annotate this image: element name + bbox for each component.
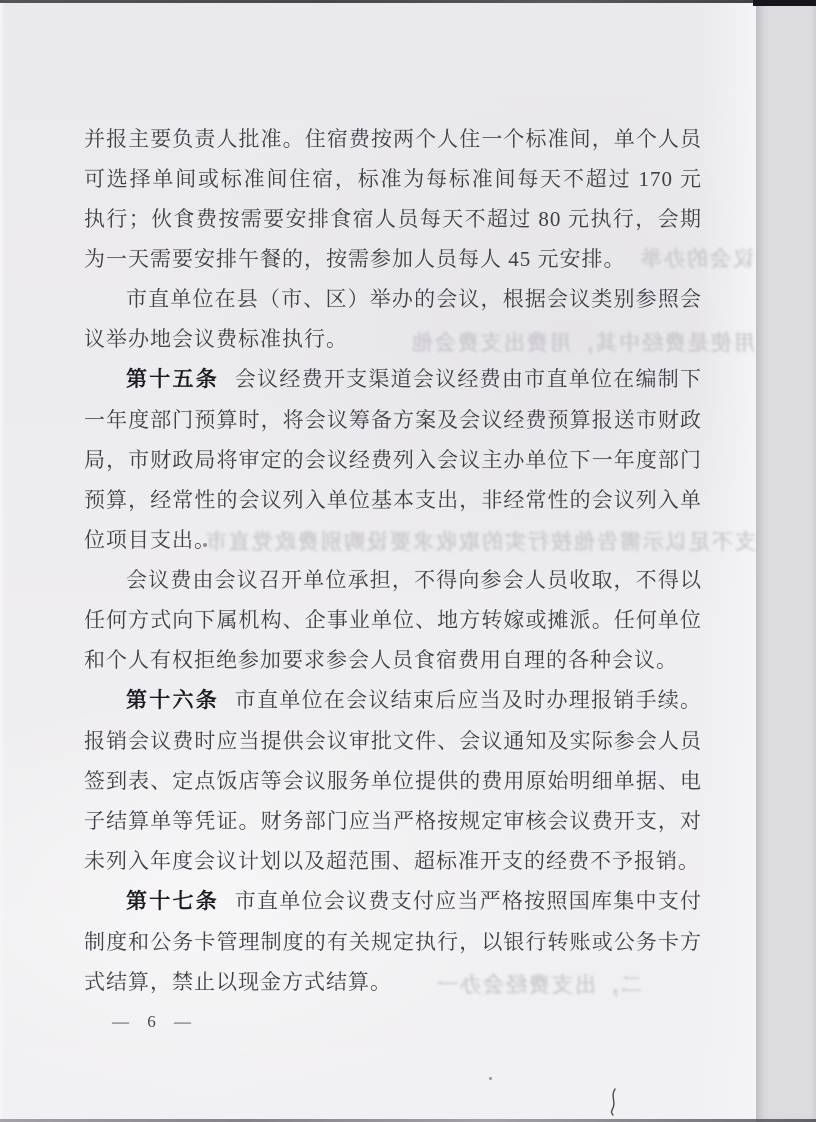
scanner-background-strip — [756, 0, 816, 1122]
scan-speck — [203, 543, 207, 547]
paragraph: 第十七条市直单位会议费支付应当严格按照国库集中支付制度和公务卡管理制度的有关规定… — [84, 881, 702, 1002]
scanned-page: 议会的办举用使是费经中其，用费出支费会他支不足以示需告他按行实的取收求要设购别费… — [0, 0, 816, 1122]
paragraph: 会议费由会议召开单位承担，不得向参会人员收取，不得以任何方式向下属机构、企事业单… — [84, 560, 702, 680]
scan-speck — [489, 1077, 492, 1080]
scan-left-edge — [0, 0, 5, 1122]
page-footer: — 6 — — [112, 1012, 191, 1038]
document-body: 并报主要负责人批准。住宿费按两个人住一个标准间，单个人员可选择单间或标准间住宿，… — [84, 119, 702, 1002]
paragraph: 并报主要负责人批准。住宿费按两个人住一个标准间，单个人员可选择单间或标准间住宿，… — [84, 119, 702, 279]
article-number: 第十五条 — [126, 368, 219, 391]
article-number: 第十六条 — [126, 689, 219, 712]
footer-dash-left: — — [112, 1012, 129, 1031]
scan-top-right-corner — [753, 0, 816, 6]
scan-hair-mark — [607, 1088, 621, 1116]
article-number: 第十七条 — [126, 890, 219, 913]
paragraph: 第十五条会议经费开支渠道会议经费由市直单位在编制下一年度部门预算时，将会议筹备方… — [84, 359, 702, 560]
page-number: 6 — [147, 1012, 156, 1031]
paper-right-edge-highlight — [698, 0, 756, 1122]
footer-dash-right: — — [174, 1012, 191, 1031]
scan-top-edge — [0, 0, 816, 3]
paragraph: 市直单位在县（市、区）举办的会议，根据会议类别参照会议举办地会议费标准执行。 — [84, 279, 702, 359]
paragraph: 第十六条市直单位在会议结束后应当及时办理报销手续。报销会议费时应当提供会议审批文… — [84, 680, 702, 881]
